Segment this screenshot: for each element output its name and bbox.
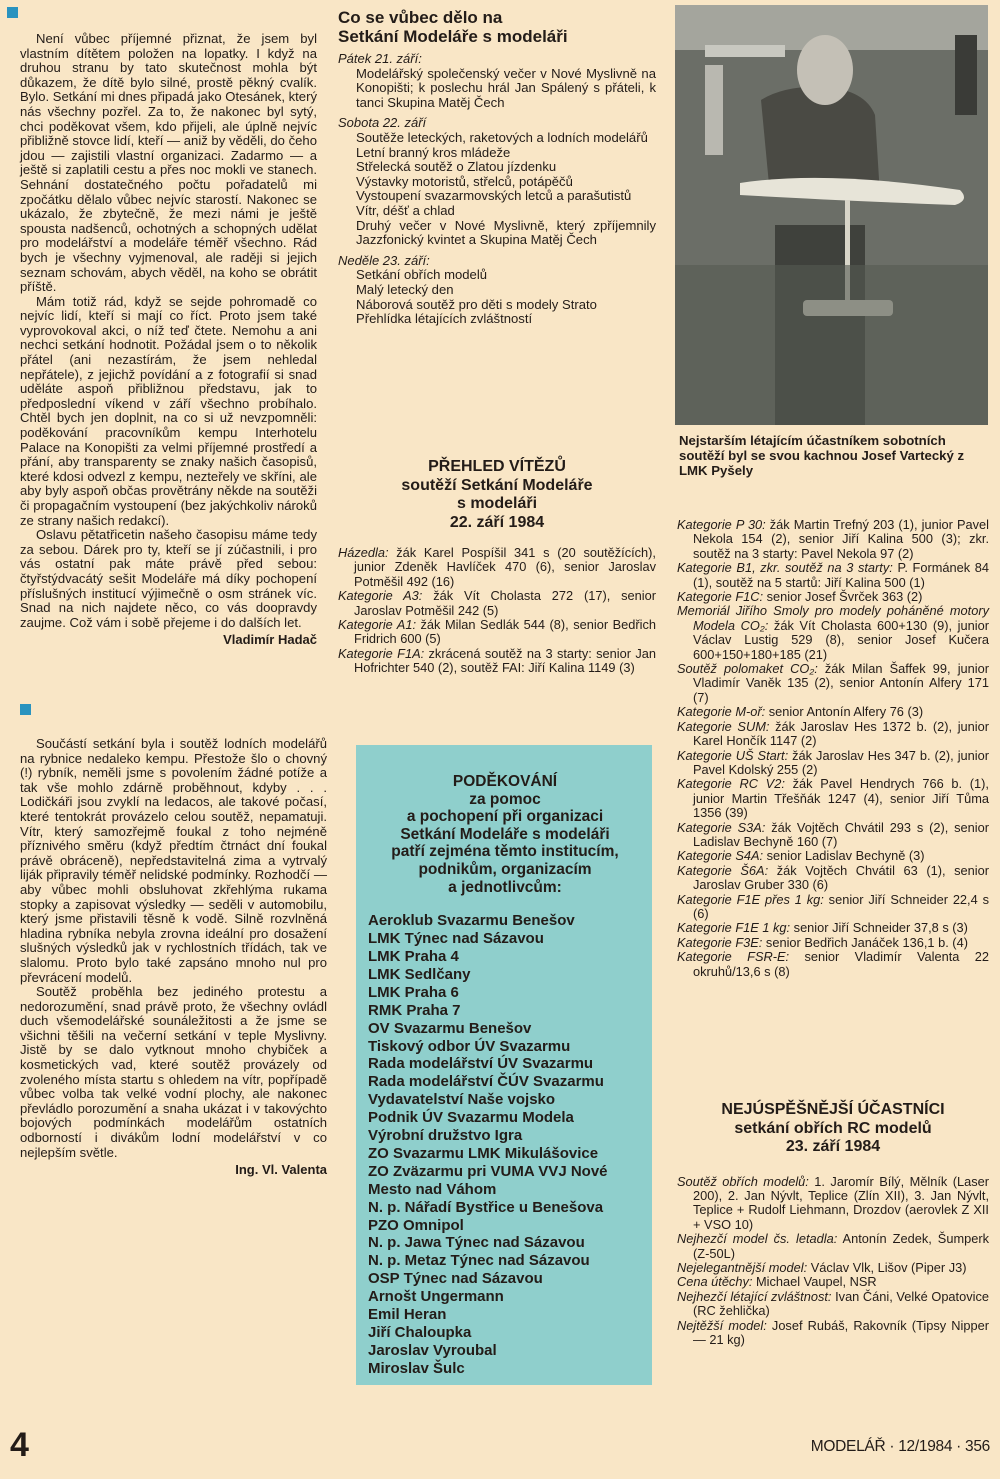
day-label: Pátek 21. září:: [338, 52, 656, 67]
result-category: Kategorie S4A:: [677, 848, 763, 863]
result-text: senior Antonín Alfery 76 (3): [765, 704, 923, 719]
schedule-day: Pátek 21. září: Modelářský společenský v…: [338, 52, 656, 110]
result-entry: Cena útěchy: Michael Vaupel, NSR: [677, 1275, 989, 1289]
result-entry: Házedla: žák Karel Pospíšil 341 s (20 so…: [338, 546, 656, 589]
winners-title-line: s modeláři: [338, 495, 656, 514]
giants-title-line: NEJÚSPĚŠNĚJŠÍ ÚČASTNÍCI: [677, 1101, 989, 1120]
result-category: Kategorie M-oř:: [677, 704, 765, 719]
winners-title: PŘEHLED VÍTĚZŮ soutěží Setkání Modeláře …: [338, 458, 656, 532]
giants-list: Soutěž obřích modelů: 1. Jaromír Bílý, M…: [677, 1175, 989, 1348]
thanks-item: PZO Omnipol: [368, 1217, 642, 1235]
result-category: Kategorie F1E přes 1 kg:: [677, 892, 824, 907]
result-entry: Nejhezčí model čs. letadla: Antonín Zede…: [677, 1232, 989, 1261]
thanks-item: Mesto nad Váhom: [368, 1181, 642, 1199]
day-item: Střelecká soutěž o Zlatou jízdenku: [338, 160, 656, 175]
result-entry: Kategorie Š6A: žák Vojtěch Chvátil 63 (1…: [677, 864, 989, 893]
result-category: Kategorie FSR-E:: [677, 949, 789, 964]
day-label: Sobota 22. září: [338, 116, 656, 131]
winners-list-right: Kategorie P 30: žák Martin Trefný 203 (1…: [677, 518, 989, 979]
thanks-item: Podnik ÚV Svazarmu Modela: [368, 1109, 642, 1127]
result-category: Kategorie S3A:: [677, 820, 765, 835]
result-entry: Kategorie UŠ Start: žák Jaroslav Hes 347…: [677, 749, 989, 778]
thanks-item: N. p. Metaz Týnec nad Sázavou: [368, 1252, 642, 1270]
day-item: Vystoupení svazarmovských letců a parašu…: [338, 189, 656, 204]
thanks-item: Emil Heran: [368, 1306, 642, 1324]
result-entry: Kategorie A1: žák Milan Sedlák 544 (8), …: [338, 618, 656, 647]
winners-title-line: 22. září 1984: [338, 514, 656, 533]
result-category: Kategorie RC V2:: [677, 776, 785, 791]
day-item: Setkání obřích modelů: [338, 268, 656, 283]
result-category: Kategorie B1, zkr. soutěž na 3 starty:: [677, 560, 893, 575]
result-entry: Kategorie FSR-E: senior Vladimír Valenta…: [677, 950, 989, 979]
schedule-title: Co se vůbec dělo na Setkání Modeláře s m…: [338, 8, 656, 46]
result-entry: Kategorie SUM: žák Jaroslav Hes 1372 b. …: [677, 720, 989, 749]
result-text: žák Karel Pospíšil 341 s (20 soutěžících…: [354, 545, 656, 589]
result-category: Kategorie SUM:: [677, 719, 769, 734]
thanks-heading-line: Setkání Modeláře s modeláři: [368, 826, 642, 844]
result-text: senior Bedřich Janáček 136,1 b. (4): [762, 935, 968, 950]
thanks-list: Aeroklub Svazarmu Benešov LMK Týnec nad …: [368, 912, 642, 1378]
result-entry: Kategorie F1C: senior Josef Švrček 363 (…: [677, 590, 989, 604]
schedule-day: Sobota 22. září Soutěže leteckých, raket…: [338, 116, 656, 247]
result-entry: Kategorie S4A: senior Ladislav Bechyně (…: [677, 849, 989, 863]
result-category: Nejelegantnější model:: [677, 1260, 807, 1275]
thanks-item: N. p. Jawa Týnec nad Sázavou: [368, 1234, 642, 1252]
giants-title: NEJÚSPĚŠNĚJŠÍ ÚČASTNÍCI setkání obřích R…: [677, 1101, 989, 1157]
section-marker-icon: [7, 7, 18, 18]
giants-title-line: setkání obřích RC modelů: [677, 1120, 989, 1139]
thanks-item: Výrobní družstvo Igra: [368, 1127, 642, 1145]
thanks-item: Rada modelářství ČÚV Svazarmu: [368, 1073, 642, 1091]
folio: MODELÁŘ · 12/1984 · 356: [780, 1438, 990, 1456]
result-category: Soutěž obřích modelů:: [677, 1174, 809, 1189]
editorial-signature: Vladimír Hadač: [20, 632, 317, 647]
result-entry: Kategorie F1E přes 1 kg: senior Jiří Sch…: [677, 893, 989, 922]
result-text: Václav Vlk, Lišov (Piper J3): [807, 1260, 966, 1275]
thanks-item: N. p. Nářadí Bystřice u Benešova: [368, 1199, 642, 1217]
result-entry: Kategorie A3: žák Vít Cholasta 272 (17),…: [338, 589, 656, 618]
thanks-heading-line: podnikům, organizacím: [368, 861, 642, 879]
thanks-box: PODĚKOVÁNÍ za pomoc a pochopení při orga…: [356, 745, 652, 1385]
result-entry: Kategorie RC V2: žák Pavel Hendrych 766 …: [677, 777, 989, 820]
thanks-item: ZO Svazarmu LMK Mikulášovice: [368, 1145, 642, 1163]
thanks-item: Jiří Chaloupka: [368, 1324, 642, 1342]
photo-modeller-with-glider: [675, 5, 988, 425]
winners-title-line: soutěží Setkání Modeláře: [338, 477, 656, 496]
day-item: Výstavky motoristů, střelců, potápěčů: [338, 175, 656, 190]
result-category: Nejtěžší model:: [677, 1318, 767, 1333]
result-entry: Nejelegantnější model: Václav Vlk, Lišov…: [677, 1261, 989, 1275]
result-category: Nejhezčí létající zvláštnost:: [677, 1289, 831, 1304]
result-category: Kategorie UŠ Start:: [677, 748, 788, 763]
result-entry: Kategorie F1E 1 kg: senior Jiří Schneide…: [677, 921, 989, 935]
thanks-item: Vydavatelství Naše vojsko: [368, 1091, 642, 1109]
section-marker-icon: [20, 704, 31, 715]
day-label: Neděle 23. září:: [338, 254, 656, 269]
day-item: Vítr, déšť a chlad: [338, 204, 656, 219]
result-entry: Kategorie S3A: žák Vojtěch Chvátil 293 s…: [677, 821, 989, 850]
schedule-title-line: Setkání Modeláře s modeláři: [338, 27, 568, 46]
result-category: Kategorie Š6A:: [677, 863, 768, 878]
schedule-title-line: Co se vůbec dělo na: [338, 8, 502, 27]
day-item: Soutěže leteckých, raketových a lodních …: [338, 131, 656, 146]
thanks-item: LMK Praha 4: [368, 948, 642, 966]
result-category: Cena útěchy:: [677, 1274, 752, 1289]
thanks-item: Arnošt Ungermann: [368, 1288, 642, 1306]
result-entry: Nejhezčí létající zvláštnost: Ivan Čáni,…: [677, 1290, 989, 1319]
day-item: Přehlídka létajících zvláštností: [338, 312, 656, 327]
page-number: 4: [10, 1428, 29, 1462]
result-category: Kategorie F1A:: [338, 646, 424, 661]
boats-article: Součástí setkání byla i soutěž lodních m…: [20, 737, 327, 1177]
result-text: senior Ladislav Bechyně (3): [763, 848, 924, 863]
result-text: Michael Vaupel, NSR: [752, 1274, 876, 1289]
thanks-heading-line: a jednotlivcům:: [368, 879, 642, 897]
winners-title-line: PŘEHLED VÍTĚZŮ: [338, 458, 656, 477]
day-item: Náborová soutěž pro děti s modely Strato: [338, 298, 656, 313]
result-category: Kategorie A1:: [338, 617, 416, 632]
winners-section: PŘEHLED VÍTĚZŮ soutěží Setkání Modeláře …: [338, 458, 656, 676]
thanks-item: Rada modelářství ÚV Svazarmu: [368, 1055, 642, 1073]
thanks-heading: PODĚKOVÁNÍ za pomoc a pochopení při orga…: [368, 773, 642, 896]
result-category: Kategorie P 30:: [677, 517, 766, 532]
thanks-item: OSP Týnec nad Sázavou: [368, 1270, 642, 1288]
editorial-paragraph: Mám totiž rád, když se sejde pohromadě c…: [20, 295, 317, 529]
day-item: Malý letecký den: [338, 283, 656, 298]
editorial-paragraph: Oslavu pětatřicetin našeho časopisu máme…: [20, 528, 317, 630]
result-entry: Kategorie F1A: zkrácená soutěž na 3 star…: [338, 647, 656, 676]
result-entry: Kategorie B1, zkr. soutěž na 3 starty: P…: [677, 561, 989, 590]
day-item: Letní branný kros mládeže: [338, 146, 656, 161]
thanks-heading-line: PODĚKOVÁNÍ: [368, 773, 642, 791]
result-entry: Kategorie F3E: senior Bedřich Janáček 13…: [677, 936, 989, 950]
thanks-item: ZO Zväzarmu pri VUMA VVJ Nové: [368, 1163, 642, 1181]
result-category: Soutěž polomaket CO₂:: [677, 661, 818, 676]
result-category: Kategorie F1C:: [677, 589, 763, 604]
day-item: Modelářský společenský večer v Nové Mysl…: [338, 67, 656, 111]
result-entry: Nejtěžší model: Josef Rubáš, Rakovník (T…: [677, 1319, 989, 1348]
result-entry: Kategorie M-oř: senior Antonín Alfery 76…: [677, 705, 989, 719]
photo-illustration: [675, 5, 988, 425]
thanks-item: Miroslav Šulc: [368, 1360, 642, 1378]
thanks-heading-line: patří zejména těmto institucím,: [368, 843, 642, 861]
result-text: senior Josef Švrček 363 (2): [763, 589, 922, 604]
schedule-section: Co se vůbec dělo na Setkání Modeláře s m…: [338, 8, 656, 327]
thanks-heading-line: a pochopení při organizaci: [368, 808, 642, 826]
thanks-heading-line: za pomoc: [368, 791, 642, 809]
result-text: senior Jiří Schneider 37,8 s (3): [790, 920, 968, 935]
boats-signature: Ing. Vl. Valenta: [20, 1162, 327, 1177]
result-category: Kategorie F3E:: [677, 935, 762, 950]
photo-caption: Nejstarším létajícím účastníkem sobotníc…: [679, 434, 989, 478]
editorial-paragraph: Není vůbec příjemné přiznat, že jsem byl…: [20, 32, 317, 295]
boats-paragraph: Součástí setkání byla i soutěž lodních m…: [20, 737, 327, 985]
schedule-day: Neděle 23. září: Setkání obřích modelů M…: [338, 254, 656, 327]
result-entry: Soutěž polomaket CO₂: žák Milan Šaffek 9…: [677, 662, 989, 705]
result-category: Nejhezčí model čs. letadla:: [677, 1231, 837, 1246]
day-item: Druhý večer v Nové Myslivně, který zpříj…: [338, 219, 656, 248]
thanks-item: Tiskový odbor ÚV Svazarmu: [368, 1038, 642, 1056]
result-category: Kategorie F1E 1 kg:: [677, 920, 790, 935]
thanks-item: RMK Praha 7: [368, 1002, 642, 1020]
result-entry: Soutěž obřích modelů: 1. Jaromír Bílý, M…: [677, 1175, 989, 1233]
giants-section: NEJÚSPĚŠNĚJŠÍ ÚČASTNÍCI setkání obřích R…: [677, 1101, 989, 1347]
result-entry: Memoriál Jiřího Smoly pro modely poháněn…: [677, 604, 989, 662]
thanks-item: OV Svazarmu Benešov: [368, 1020, 642, 1038]
result-category: Házedla:: [338, 545, 389, 560]
editorial-article: Není vůbec příjemné přiznat, že jsem byl…: [20, 32, 317, 647]
thanks-item: LMK Praha 6: [368, 984, 642, 1002]
thanks-item: LMK Sedlčany: [368, 966, 642, 984]
boats-paragraph: Soutěž proběhla bez jediného protestu a …: [20, 985, 327, 1160]
result-entry: Kategorie P 30: žák Martin Trefný 203 (1…: [677, 518, 989, 561]
thanks-item: Jaroslav Vyroubal: [368, 1342, 642, 1360]
thanks-item: Aeroklub Svazarmu Benešov: [368, 912, 642, 930]
result-category: Kategorie A3:: [338, 588, 422, 603]
winners-list-left: Házedla: žák Karel Pospíšil 341 s (20 so…: [338, 546, 656, 676]
giants-title-line: 23. září 1984: [677, 1138, 989, 1157]
thanks-item: LMK Týnec nad Sázavou: [368, 930, 642, 948]
